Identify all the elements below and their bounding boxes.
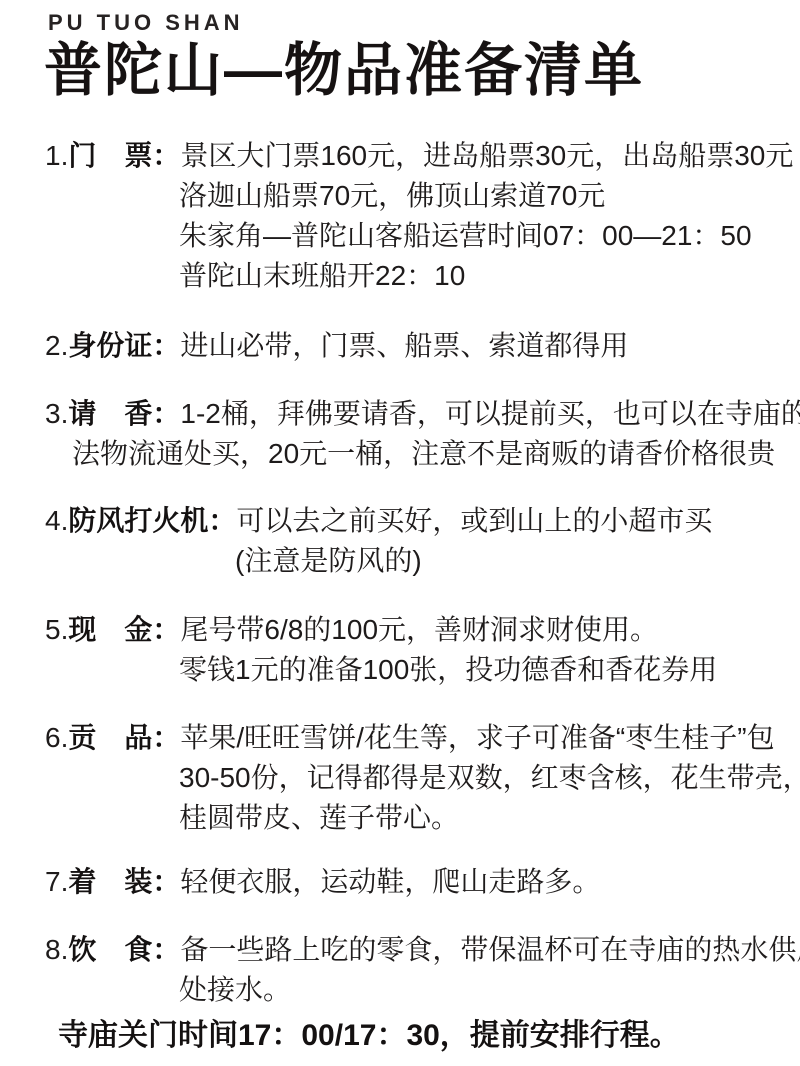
item-line: 6.贡 品：苹果/旺旺雪饼/花生等，求子可准备“枣生桂子”包 [0,718,800,758]
item-line: 朱家角—普陀山客船运营时间07：00—21：50 [0,216,800,256]
item-text: 景区大门票160元，进岛船票30元，出岛船票30元 [180,136,793,176]
item-label: 现 金： [68,610,180,650]
item-line: 桂圆带皮、莲子带心。 [0,798,800,838]
item-line: 1.门 票：景区大门票160元，进岛船票30元，出岛船票30元 [0,136,800,176]
item-line: 零钱1元的准备100张，投功德香和香花券用 [0,650,800,690]
item-number: 8. [45,930,68,970]
item-number: 5. [45,610,68,650]
checklist-item: 4.防风打火机：可以去之前买好，或到山上的小超市买(注意是防风的) [0,501,800,581]
item-label: 身份证： [68,326,180,366]
item-number: 3. [45,394,68,434]
checklist-item: 5.现 金：尾号带6/8的100元，善财洞求财使用。零钱1元的准备100张，投功… [0,610,800,690]
item-number: 2. [45,326,68,366]
item-line: 3.请 香：1-2桶，拜佛要请香，可以提前买，也可以在寺庙的 [0,394,800,434]
item-label: 着 装： [68,862,180,902]
item-line: 8.饮 食：备一些路上吃的零食，带保温杯可在寺庙的热水供应 [0,930,800,970]
checklist-item: 7.着 装：轻便衣服，运动鞋，爬山走路多。 [0,862,800,902]
item-line: (注意是防风的) [0,541,800,581]
item-line: 5.现 金：尾号带6/8的100元，善财洞求财使用。 [0,610,800,650]
item-line: 7.着 装：轻便衣服，运动鞋，爬山走路多。 [0,862,800,902]
item-line: 处接水。 [0,970,800,1010]
checklist: 1.门 票：景区大门票160元，进岛船票30元，出岛船票30元洛迦山船票70元，… [0,136,800,1010]
item-label: 请 香： [68,394,180,434]
item-text: 进山必带，门票、船票、索道都得用 [180,326,628,366]
checklist-item: 6.贡 品：苹果/旺旺雪饼/花生等，求子可准备“枣生桂子”包30-50份，记得都… [0,718,800,838]
item-line: 4.防风打火机：可以去之前买好，或到山上的小超市买 [0,501,800,541]
item-line: 30-50份，记得都得是双数，红枣含核，花生带壳， [0,758,800,798]
checklist-item: 1.门 票：景区大门票160元，进岛船票30元，出岛船票30元洛迦山船票70元，… [0,136,800,296]
item-label: 防风打火机： [68,501,236,541]
item-text: 轻便衣服，运动鞋，爬山走路多。 [180,862,600,902]
item-number: 4. [45,501,68,541]
item-number: 1. [45,136,68,176]
item-label: 门 票： [68,136,180,176]
item-label: 饮 食： [68,930,180,970]
document-page: PU TUO SHAN 普陀山—物品准备清单 1.门 票：景区大门票160元，进… [0,0,800,1066]
item-text: 备一些路上吃的零食，带保温杯可在寺庙的热水供应 [180,930,800,970]
item-text: 可以去之前买好，或到山上的小超市买 [236,501,712,541]
eyebrow-text: PU TUO SHAN [48,10,800,36]
page-title: 普陀山—物品准备清单 [44,38,800,104]
item-number: 6. [45,718,68,758]
item-line: 普陀山末班船开22：10 [0,256,800,296]
item-line: 法物流通处买，20元一桶，注意不是商贩的请香价格很贵 [0,434,800,474]
item-number: 7. [45,862,68,902]
checklist-item: 3.请 香：1-2桶，拜佛要请香，可以提前买，也可以在寺庙的法物流通处买，20元… [0,394,800,474]
item-text: 苹果/旺旺雪饼/花生等，求子可准备“枣生桂子”包 [180,718,774,758]
footer-note: 寺庙关门时间17：00/17：30，提前安排行程。 [0,1015,800,1057]
item-label: 贡 品： [68,718,180,758]
item-line: 洛迦山船票70元，佛顶山索道70元 [0,176,800,216]
item-line: 2.身份证：进山必带，门票、船票、索道都得用 [0,326,800,366]
checklist-item: 8.饮 食：备一些路上吃的零食，带保温杯可在寺庙的热水供应处接水。 [0,930,800,1010]
item-text: 尾号带6/8的100元，善财洞求财使用。 [180,610,658,650]
checklist-item: 2.身份证：进山必带，门票、船票、索道都得用 [0,326,800,366]
item-text: 1-2桶，拜佛要请香，可以提前买，也可以在寺庙的 [180,394,800,434]
